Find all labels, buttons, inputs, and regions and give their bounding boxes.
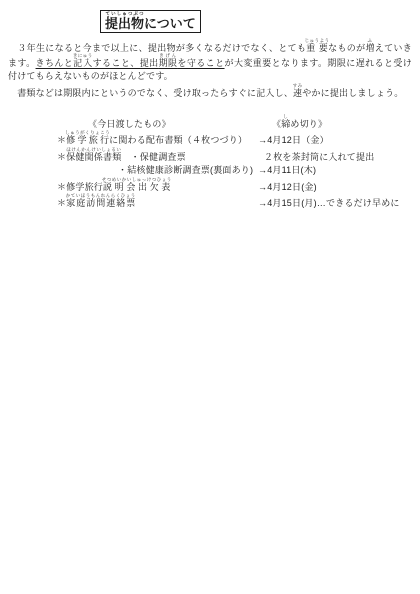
p2-text: やかに提出しましょう。 — [302, 88, 403, 98]
deadline-text: →4月11日(木) — [258, 163, 420, 176]
ruby-base: 増 — [365, 43, 374, 53]
header-text: 《 — [272, 119, 281, 129]
item-text: ＊修学旅行説明会出欠表せつめいかいしゅっけつひょう — [57, 177, 258, 193]
item-text: ＊修学旅行しゅうがくりょこうに関わる配布書類（４枚つづり） — [57, 130, 258, 146]
p1-text: なものが — [328, 43, 365, 53]
deadline-text: →4月15日(月)…できるだけ早めに — [258, 196, 420, 209]
item-marker: ＊ — [57, 152, 66, 162]
ruby-base: 記入 — [73, 58, 93, 68]
column-header-deadline: 《締しめ切り》 — [258, 114, 420, 130]
furigana: すみ — [293, 83, 303, 88]
ruby-base: 家庭訪問連絡票 — [66, 198, 136, 208]
item-ruby: 保健関係書類ほけんかんけいしょるい — [66, 152, 121, 162]
p2-ruby-sumi: 速すみ — [293, 88, 302, 98]
furigana: きげん — [159, 53, 178, 58]
underlined-phrase: きちんと記入きにゅうすること、提出期限きげんを守ること — [36, 58, 225, 68]
title-furigana: ていしゅつぶつ — [105, 11, 144, 16]
p1-ruby-kinyuu: 記入きにゅう — [73, 58, 92, 68]
p1-ruby-juuyou: 重要じゅうよう — [306, 43, 328, 53]
list-header-row: 《今日渡したもの》 《締しめ切り》 — [57, 114, 420, 130]
document-page: 提出物ていしゅつぶつについて ３年生になると今まで以上に、提出物が多くなるだけで… — [0, 0, 420, 594]
furigana: ふ — [365, 38, 374, 43]
ruby-base: 期限 — [159, 58, 178, 68]
furigana: し — [281, 114, 290, 119]
item-rest: に関わる配布書類（４枚つづり） — [109, 135, 247, 145]
item-marker: ＊ — [57, 182, 66, 192]
list-row-briefing-attendance: ＊修学旅行説明会出欠表せつめいかいしゅっけつひょう →4月12日(金) — [57, 177, 420, 193]
furigana: せつめいかいしゅっけつひょう — [102, 177, 172, 182]
item-text: ・結核健康診断調査票(裏面あり) — [57, 163, 258, 176]
item-marker: ＊ — [57, 198, 66, 208]
paragraph-advice: 書類などは期限内にというのでなく、受け取ったらすぐに記入し、速すみやかに提出しま… — [8, 83, 412, 100]
p1-ruby-fu: 増ふ — [365, 43, 374, 53]
list-row-tb-checkup: ・結核健康診断調査票(裏面あり) →4月11日(木) — [57, 163, 420, 176]
title-suffix: について — [144, 16, 196, 31]
ruby-base: 保健関係書類 — [66, 152, 121, 162]
title-ruby: 提出物ていしゅつぶつ — [105, 16, 144, 31]
paragraph-intro: ３年生になると今まで以上に、提出物が多くなるだけでなく、とても重要じゅうようなも… — [8, 38, 412, 82]
list-row-health-documents: ＊保健関係書類ほけんかんけいしょるい ・保健調査票 ２枚を茶封筒に入れて提出 — [57, 147, 420, 163]
page-title: 提出物ていしゅつぶつについて — [100, 10, 201, 33]
deadline-text: →4月12日(金) — [258, 180, 420, 193]
deadline-text: →4月12日（金） — [258, 133, 420, 146]
item-text: ＊家庭訪問連絡票かていほうもんれんらくひょう — [57, 193, 258, 209]
item-rest: ・保健調査票 — [121, 152, 185, 162]
item-ruby: 説明会出欠表せつめいかいしゅっけつひょう — [103, 182, 172, 192]
item-text: ＊保健関係書類ほけんかんけいしょるい ・保健調査票 — [57, 147, 258, 163]
list-row-home-visit: ＊家庭訪問連絡票かていほうもんれんらくひょう →4月15日(月)…できるだけ早め… — [57, 193, 420, 209]
ruby-base: 修学旅行 — [65, 135, 110, 145]
item-ruby: 修学旅行しゅうがくりょこう — [66, 135, 109, 145]
furigana: じゅうよう — [305, 38, 330, 43]
item-pre: 修学旅行 — [66, 182, 103, 192]
deadline-text: ２枚を茶封筒に入れて提出 — [258, 150, 420, 163]
furigana: しゅうがくりょこう — [65, 130, 110, 135]
p2-text: 書類などは期限内にというのでなく、受け取ったらすぐに記入し、 — [8, 88, 293, 98]
ruby-base: 説明会出欠表 — [102, 182, 172, 192]
p1-ruby-kigen: 期限きげん — [159, 58, 178, 68]
ruby-base: 重要 — [305, 43, 330, 53]
column-header-items: 《今日渡したもの》 — [57, 117, 258, 130]
furigana: きにゅう — [73, 53, 93, 58]
furigana: かていほうもんれんらくひょう — [66, 193, 136, 198]
p1-text: を守ること — [177, 58, 224, 68]
title-ruby-base: 提出物 — [105, 16, 144, 31]
header-text: め切り》 — [290, 119, 327, 129]
p1-text: すること、提出 — [92, 58, 158, 68]
item-ruby: 家庭訪問連絡票かていほうもんれんらくひょう — [66, 198, 136, 208]
p1-text: きちんと — [36, 58, 74, 68]
list-row-trip-documents: ＊修学旅行しゅうがくりょこうに関わる配布書類（４枚つづり） →4月12日（金） — [57, 130, 420, 146]
handout-list: 《今日渡したもの》 《締しめ切り》 ＊修学旅行しゅうがくりょこうに関わる配布書類… — [57, 114, 420, 210]
furigana: ほけんかんけいしょるい — [66, 147, 121, 152]
p1-text: ３年生になると今まで以上に、提出物が多くなるだけでなく、とても — [8, 43, 306, 53]
